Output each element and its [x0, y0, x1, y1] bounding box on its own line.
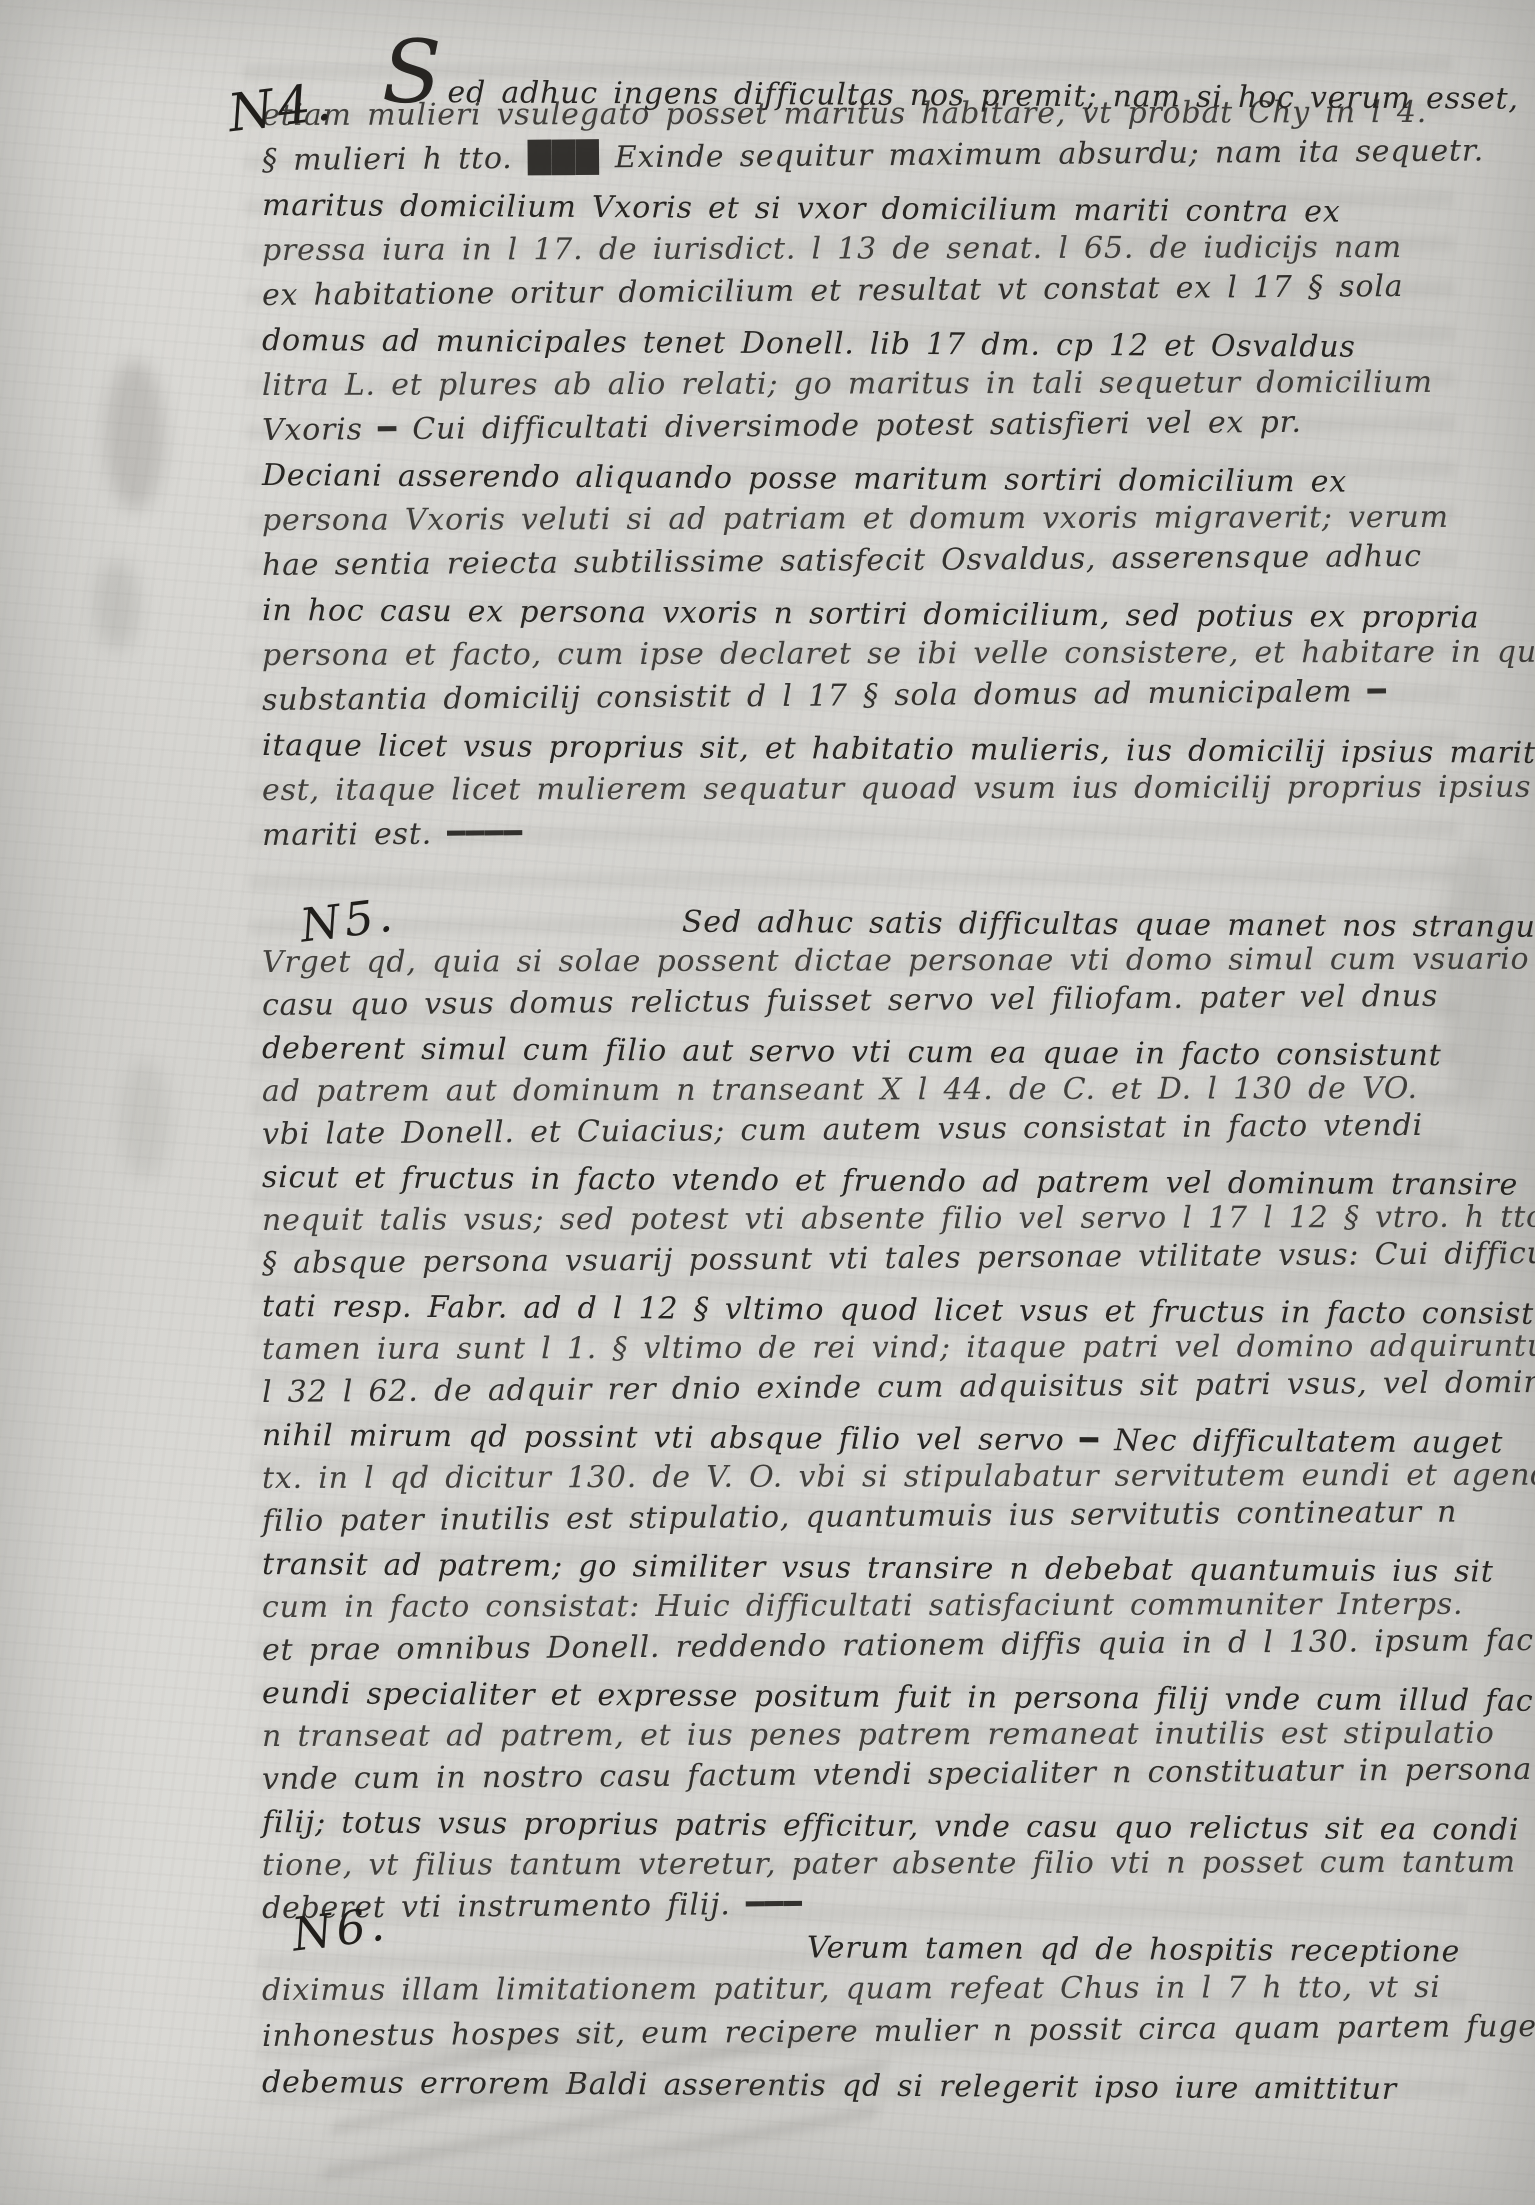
manuscript-section-n4: Sed adhuc ingens difficultas nos premit;… — [262, 48, 1477, 858]
manuscript-line: inhonestus hospes sit, eum recipere muli… — [262, 2004, 1477, 2060]
paper-stain — [120, 1060, 170, 1180]
paper-stain — [105, 360, 165, 510]
manuscript-line: § mulieri h tto. ███ Exinde sequitur max… — [262, 128, 1477, 183]
manuscript-line: substantia domicilij consistit d l 17 § … — [262, 668, 1477, 723]
manuscript-line: § absque persona vsuarij possunt vti tal… — [262, 1232, 1477, 1285]
manuscript-line: mariti est. ━━━━ — [262, 803, 1477, 858]
manuscript-line: vnde cum in nostro casu factum vtendi sp… — [262, 1748, 1477, 1801]
manuscript-line: et prae omnibus Donell. reddendo ratione… — [262, 1619, 1477, 1672]
manuscript-line: Vxoris ━ Cui difficultati diversimode po… — [262, 398, 1477, 453]
manuscript-line: debemus errorem Baldi asserentis qd si r… — [262, 2060, 1477, 2113]
manuscript-line: ex habitatione oritur domicilium et resu… — [262, 263, 1477, 318]
manuscript-line: vbi late Donell. et Cuiacius; cum autem … — [262, 1103, 1477, 1156]
manuscript-line: casu quo vsus domus relictus fuisset ser… — [262, 974, 1477, 1027]
manuscript-section-n6: Verum tamen qd de hospitis receptionedix… — [262, 1922, 1477, 2106]
manuscript-line: filio pater inutilis est stipulatio, qua… — [262, 1490, 1477, 1543]
manuscript-line: l 32 l 62. de adquir rer dnio exinde cum… — [262, 1361, 1477, 1414]
paper-stain — [95, 560, 140, 650]
manuscript-section-n5: Sed adhuc satis difficultas quae manet n… — [262, 898, 1477, 1930]
manuscript-page: N4. N5. N6. Sed adhuc ingens difficultas… — [0, 0, 1535, 2205]
manuscript-line: hae sentia reiecta subtilissime satisfec… — [262, 533, 1477, 588]
